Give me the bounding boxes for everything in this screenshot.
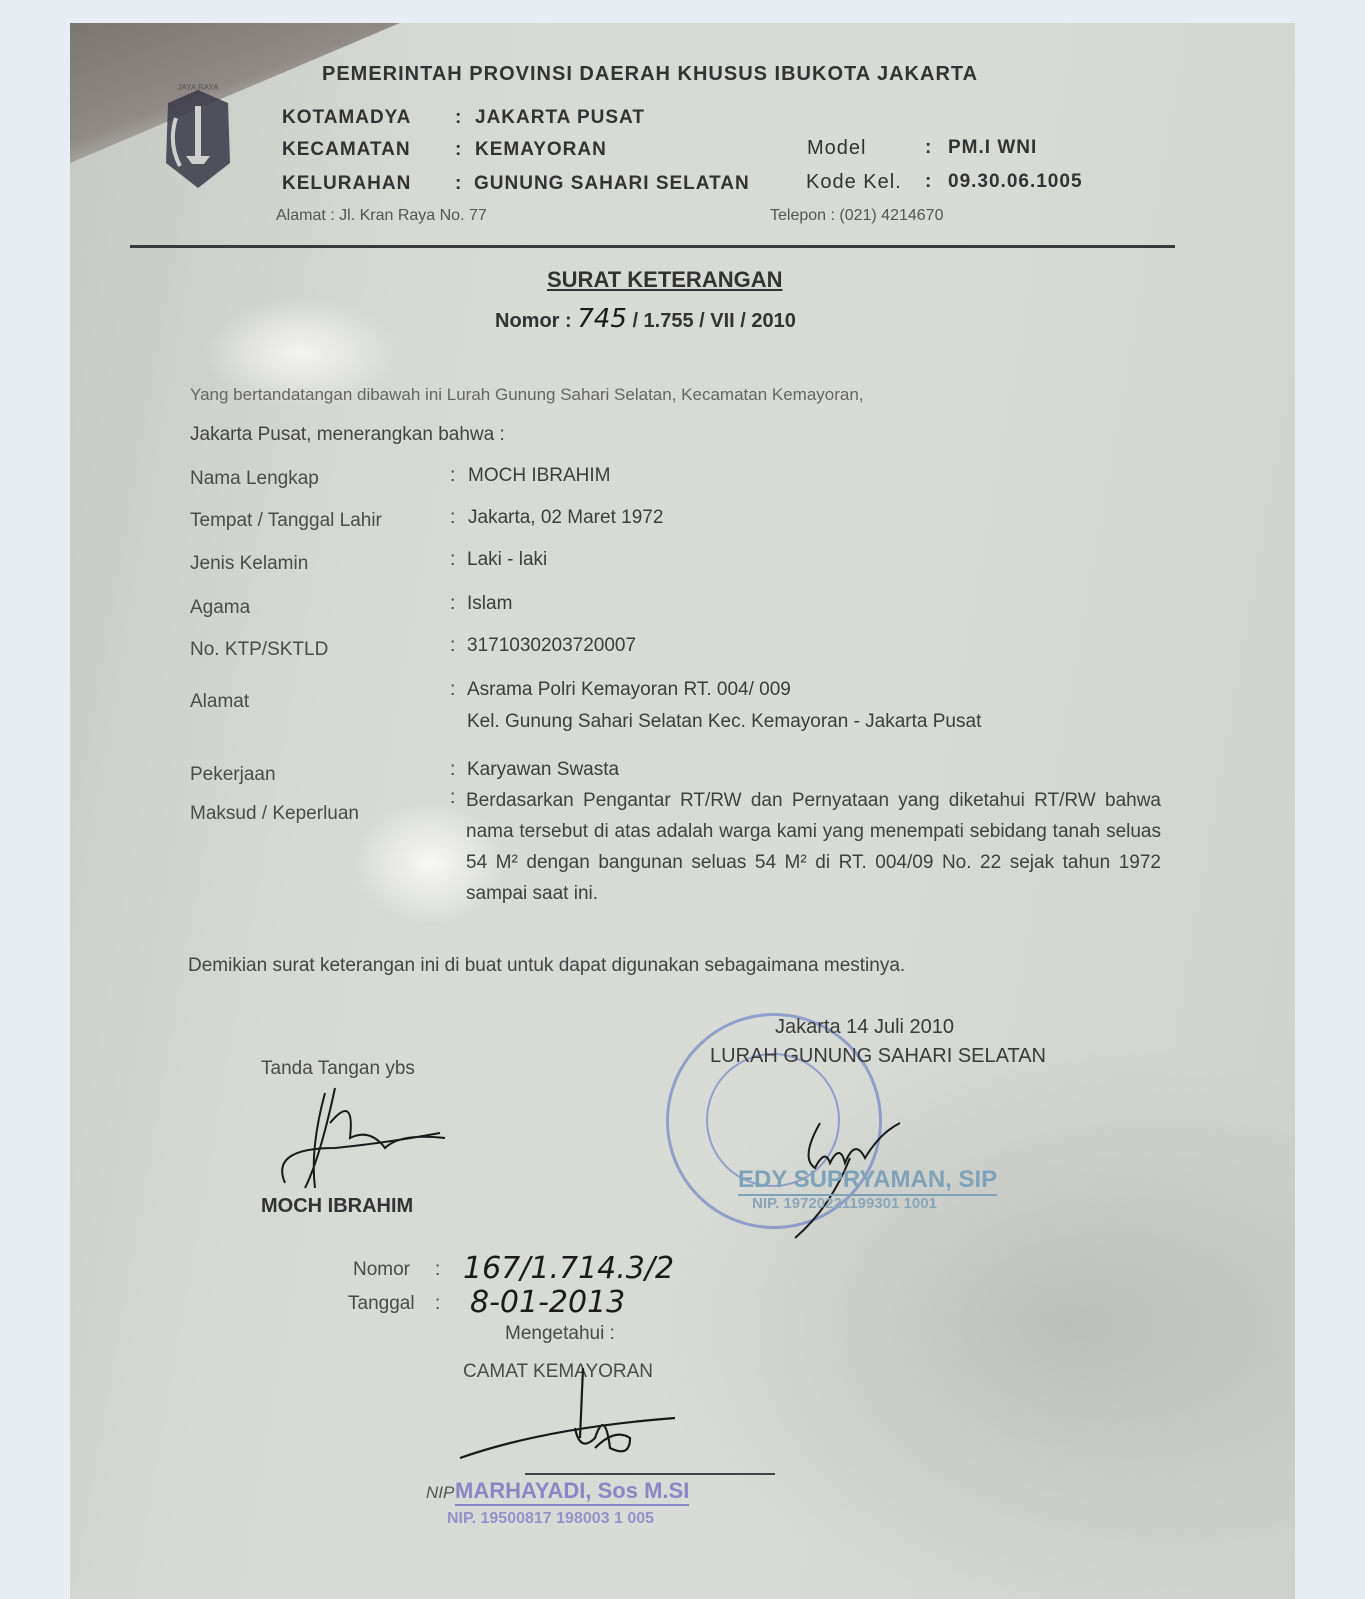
official-title: LURAH GUNUNG SAHARI SELATAN xyxy=(710,1045,1046,1068)
kecamatan-value: KEMAYORAN xyxy=(475,139,607,161)
camat-name: MARHAYADI, Sos M.SI xyxy=(455,1478,689,1506)
applicant-caption: Tanda Tangan ybs xyxy=(261,1058,415,1080)
number-handwritten: 745 xyxy=(577,304,627,334)
field-colon: : xyxy=(450,549,455,571)
field-value-gender: Laki - laki xyxy=(467,549,547,571)
government-heading: PEMERINTAH PROVINSI DAERAH KHUSUS IBUKOT… xyxy=(322,63,978,86)
model-value: PM.I WNI xyxy=(948,137,1037,159)
place-date: Jakarta 14 Juli 2010 xyxy=(775,1016,954,1039)
svg-text:JAYA RAYA: JAYA RAYA xyxy=(177,83,219,92)
office-phone: Telepon : (021) 4214670 xyxy=(770,207,943,225)
field-label-address: Alamat xyxy=(190,691,249,713)
field-value-address-2: Kel. Gunung Sahari Selatan Kec. Kemayora… xyxy=(467,711,981,733)
model-label: Model xyxy=(807,137,866,160)
letter-number: Nomor : 745 / 1.755 / VII / 2010 xyxy=(495,304,796,334)
field-colon: : xyxy=(450,593,455,615)
letter-title: SURAT KETERANGAN xyxy=(547,267,782,293)
field-value-name: MOCH IBRAHIM xyxy=(468,465,611,487)
field-colon: : xyxy=(450,635,455,657)
intro-line-2: Jakarta Pusat, menerangkan bahwa : xyxy=(190,424,505,446)
kotamadya-value: JAKARTA PUSAT xyxy=(475,107,645,129)
field-label-religion: Agama xyxy=(190,597,250,619)
kelurahan-label: KELURAHAN xyxy=(282,173,411,195)
field-colon: : xyxy=(450,465,455,487)
field-value-occupation: Karyawan Swasta xyxy=(467,759,619,781)
field-colon: : xyxy=(450,679,455,701)
field-colon: : xyxy=(450,787,455,809)
official-nip: NIP. 19720221199301 1001 xyxy=(752,1195,937,1212)
colon: : xyxy=(455,173,462,195)
field-value-purpose: Berdasarkan Pengantar RT/RW dan Pernyata… xyxy=(466,785,1161,909)
field-value-address-1: Asrama Polri Kemayoran RT. 004/ 009 xyxy=(467,679,791,701)
document-paper: JAYA RAYA PEMERINTAH PROVINSI DAERAH KHU… xyxy=(70,23,1295,1599)
intro-line-1: Yang bertandatangan dibawah ini Lurah Gu… xyxy=(190,385,864,405)
office-address: Alamat : Jl. Kran Raya No. 77 xyxy=(276,207,487,225)
applicant-signature-icon xyxy=(275,1088,455,1198)
field-label-name: Nama Lengkap xyxy=(190,468,319,490)
camat-signature-icon xyxy=(455,1368,685,1463)
field-value-religion: Islam xyxy=(467,593,512,615)
field-value-birth: Jakarta, 02 Maret 1972 xyxy=(468,507,663,529)
field-label-birth: Tempat / Tanggal Lahir xyxy=(190,510,382,532)
acknowledged-label: Mengetahui : xyxy=(505,1323,615,1345)
closing-statement: Demikian surat keterangan ini di buat un… xyxy=(188,955,905,977)
kecamatan-label: KECAMATAN xyxy=(282,139,411,161)
endorse-tanggal-value: 8-01-2013 xyxy=(470,1285,625,1320)
kode-label: Kode Kel. xyxy=(806,171,902,194)
kotamadya-label: KOTAMADYA xyxy=(282,107,411,129)
applicant-name: MOCH IBRAHIM xyxy=(261,1195,413,1218)
field-value-ktp: 3171030203720007 xyxy=(467,635,636,657)
colon: : xyxy=(455,139,462,161)
colon: : xyxy=(925,137,932,159)
endorse-nomor-value: 167/1.714.3/2 xyxy=(463,1251,674,1286)
endorse-tanggal-label: Tanggal xyxy=(348,1293,415,1315)
field-colon: : xyxy=(450,759,455,781)
number-suffix: / 1.755 / VII / 2010 xyxy=(632,310,795,332)
nip-prefix: NIP xyxy=(426,1483,454,1503)
kelurahan-value: GUNUNG SAHARI SELATAN xyxy=(474,173,750,195)
colon: : xyxy=(435,1259,440,1281)
jakarta-coat-of-arms-icon: JAYA RAYA xyxy=(158,78,238,198)
camat-nip: NIP. 19500817 198003 1 005 xyxy=(447,1510,654,1528)
colon: : xyxy=(435,1293,440,1315)
field-label-occupation: Pekerjaan xyxy=(190,764,276,786)
header-divider xyxy=(130,245,1175,248)
official-name: EDY SUPRYAMAN, SIP xyxy=(738,1166,997,1196)
field-colon: : xyxy=(450,507,455,529)
field-label-ktp: No. KTP/SKTLD xyxy=(190,639,328,661)
colon: : xyxy=(925,171,932,193)
colon: : xyxy=(455,107,462,129)
endorse-nomor-label: Nomor xyxy=(353,1259,410,1281)
field-label-purpose: Maksud / Keperluan xyxy=(190,803,359,825)
signature-line xyxy=(525,1473,775,1475)
field-label-gender: Jenis Kelamin xyxy=(190,553,308,575)
kode-value: 09.30.06.1005 xyxy=(948,171,1083,193)
number-prefix: Nomor : xyxy=(495,310,572,332)
